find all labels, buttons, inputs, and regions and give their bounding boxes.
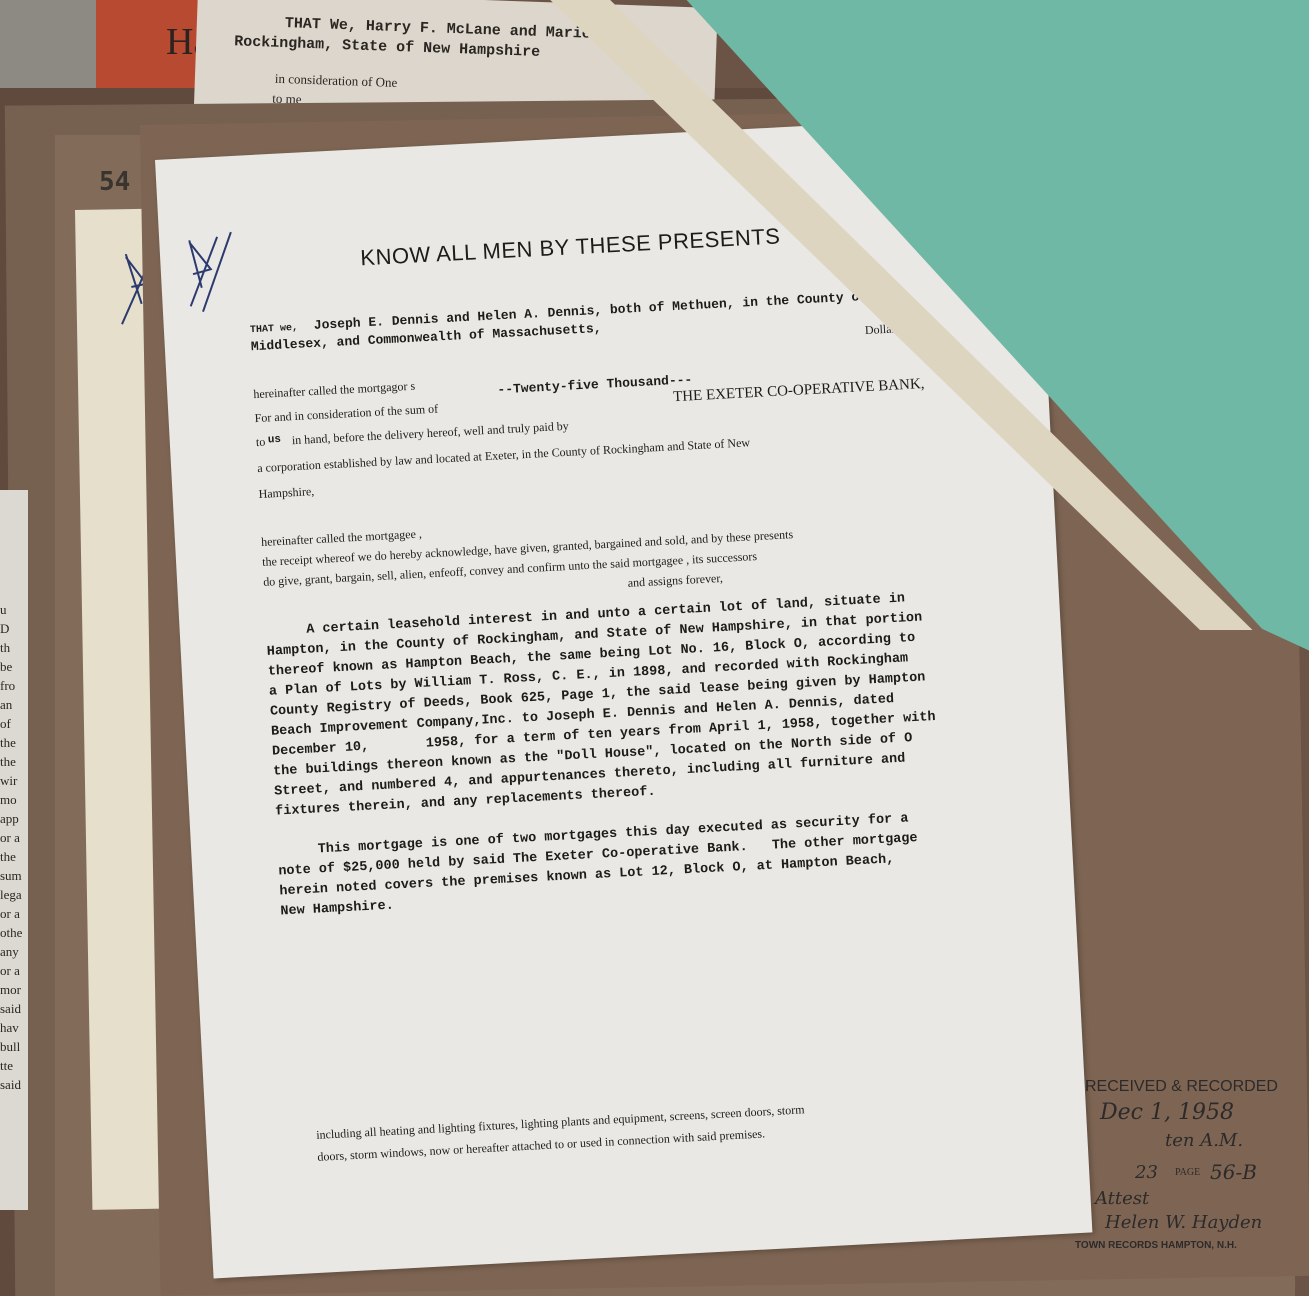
- stamp-page-label: PAGE: [1175, 1167, 1200, 1178]
- fragment-text: mor: [0, 980, 21, 999]
- fragment-text: app: [0, 809, 19, 828]
- fragment-text: the: [0, 752, 16, 771]
- left-paper-strip: uDthbefroanofthethewirmoappor athesumleg…: [0, 490, 28, 1210]
- bank-name: THE EXETER CO-OPERATIVE BANK,: [673, 376, 925, 406]
- stamp-page: 56-B: [1210, 1160, 1257, 1184]
- fragment-text: tte: [0, 1056, 13, 1075]
- stamp-signature: Helen W. Hayden: [1105, 1212, 1262, 1233]
- paid-line: in hand, before the delivery hereof, wel…: [291, 419, 569, 448]
- fragment-text: or a: [0, 904, 20, 923]
- mortgagor-line: hereinafter called the mortgagor s: [253, 379, 416, 402]
- assigns-line: and assigns forever,: [627, 571, 723, 591]
- paid-prefix: to: [256, 435, 266, 450]
- folder-tab-number: 54: [99, 167, 130, 197]
- fragment-text: be: [0, 657, 12, 676]
- fragment-text: an: [0, 695, 12, 714]
- fragment-text: the: [0, 733, 16, 752]
- back-paper-line: in consideration of One: [275, 71, 398, 91]
- fragment-text: any: [0, 942, 19, 961]
- state-line: Hampshire,: [258, 484, 314, 502]
- fragment-text: th: [0, 638, 10, 657]
- fragment-text: said: [0, 1075, 21, 1094]
- fragment-text: sum: [0, 866, 22, 885]
- mortgagee-line: hereinafter called the mortgagee ,: [261, 527, 422, 550]
- concrete-floor: [0, 0, 100, 95]
- fragment-text: of: [0, 714, 11, 733]
- fragment-text: the: [0, 847, 16, 866]
- fragment-text: said: [0, 999, 21, 1018]
- fragment-text: hav: [0, 1018, 19, 1037]
- stamp-attest: Attest: [1095, 1188, 1149, 1209]
- fragment-text: or a: [0, 828, 20, 847]
- fragment-text: lega: [0, 885, 22, 904]
- consideration-label: For and in consideration of the sum of: [254, 402, 438, 427]
- amount: --Twenty-five Thousand---: [497, 372, 693, 397]
- paid-us: us: [268, 434, 282, 447]
- fragment-text: D: [0, 619, 9, 638]
- recording-stamp: RECEIVED & RECORDED Dec 1, 1958 ten A.M.…: [1075, 1070, 1295, 1260]
- handwritten-check-icon: [177, 224, 272, 319]
- fragment-text: othe: [0, 923, 22, 942]
- stamp-book: 23: [1135, 1162, 1158, 1183]
- document-title: KNOW ALL MEN BY THESE PRESENTS: [360, 223, 781, 271]
- stamp-time: ten A.M.: [1165, 1130, 1243, 1151]
- fragment-text: wir: [0, 771, 17, 790]
- fragment-text: mo: [0, 790, 17, 809]
- fragment-text: fro: [0, 676, 15, 695]
- stamp-header: RECEIVED & RECORDED: [1085, 1078, 1278, 1096]
- red-folder: Ha: [96, 0, 206, 92]
- fragment-text: bull: [0, 1037, 20, 1056]
- fragment-text: or a: [0, 961, 20, 980]
- fragment-text: u: [0, 600, 7, 619]
- typed-line: New Hampshire.: [280, 899, 394, 920]
- parties-label: THAT we,: [250, 323, 299, 336]
- stamp-date: Dec 1, 1958: [1100, 1100, 1234, 1125]
- stamp-footer: TOWN RECORDS HAMPTON, N.H.: [1075, 1240, 1237, 1251]
